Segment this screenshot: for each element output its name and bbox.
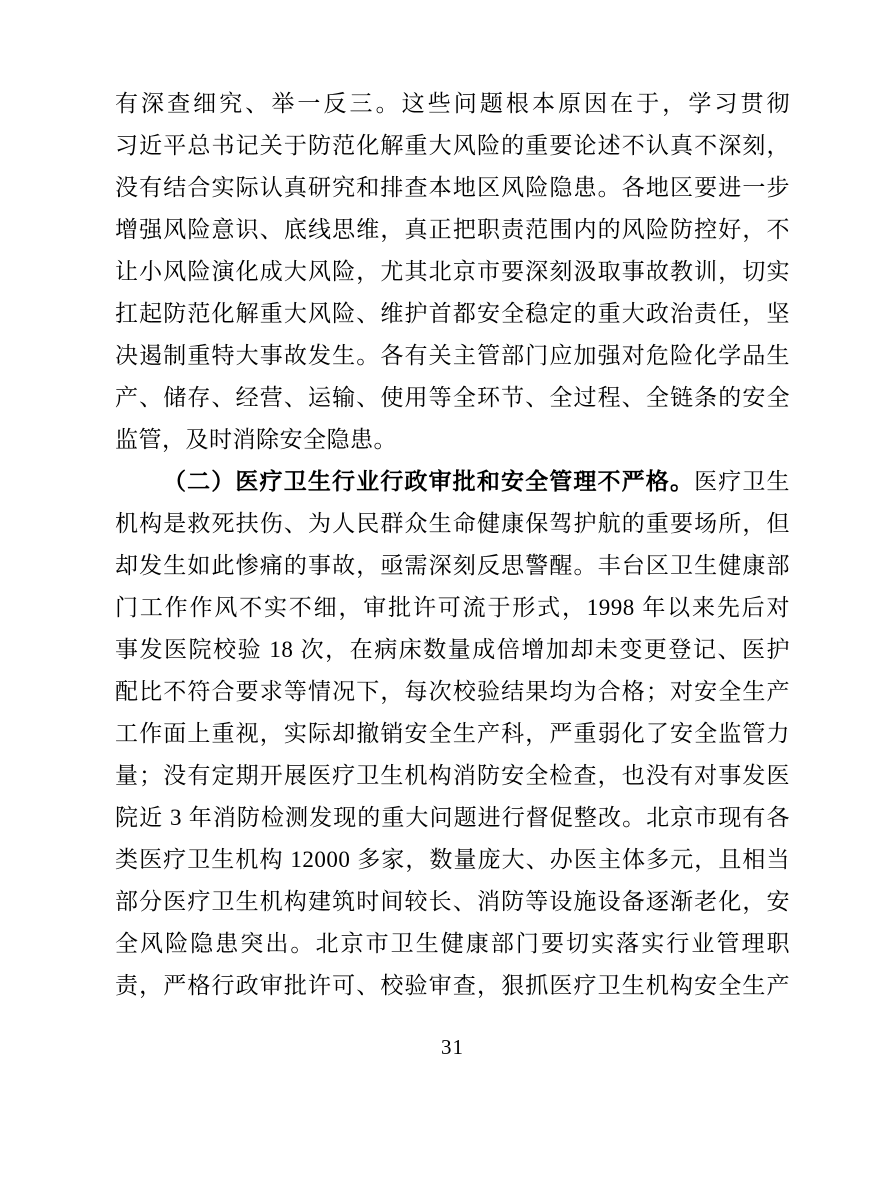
- text-line: 类医疗卫生机构 12000 多家，数量庞大、办医主体多元，且相当: [115, 839, 790, 881]
- text-line: 扛起防范化解重大风险、维护首都安全稳定的重大政治责任，坚: [115, 293, 790, 335]
- text-line: 监管，及时消除安全隐患。: [115, 419, 790, 461]
- section-heading: （二）医疗卫生行业行政审批和安全管理不严格。: [163, 469, 694, 494]
- text-line: 产、储存、经营、运输、使用等全环节、全过程、全链条的安全: [115, 377, 790, 419]
- text-line: 事发医院校验 18 次，在病床数量成倍增加却未变更登记、医护: [115, 629, 790, 671]
- text-content: 有深查细究、举一反三。这些问题根本原因在于，学习贯彻习近平总书记关于防范化解重大…: [115, 83, 790, 1007]
- document-page: 有深查细究、举一反三。这些问题根本原因在于，学习贯彻习近平总书记关于防范化解重大…: [0, 0, 888, 1179]
- page-footer: 31: [115, 1032, 790, 1062]
- text-line: 没有结合实际认真研究和排查本地区风险隐患。各地区要进一步: [115, 167, 790, 209]
- text-line: 决遏制重特大事故发生。各有关主管部门应加强对危险化学品生: [115, 335, 790, 377]
- text-line: 机构是救死扶伤、为人民群众生命健康保驾护航的重要场所，但: [115, 503, 790, 545]
- text-line: 却发生如此惨痛的事故，亟需深刻反思警醒。丰台区卫生健康部: [115, 545, 790, 587]
- text-line: 院近 3 年消防检测发现的重大问题进行督促整改。北京市现有各: [115, 797, 790, 839]
- text-line: 量；没有定期开展医疗卫生机构消防安全检查，也没有对事发医: [115, 755, 790, 797]
- text-line: 习近平总书记关于防范化解重大风险的重要论述不认真不深刻，: [115, 125, 790, 167]
- text-line: 部分医疗卫生机构建筑时间较长、消防等设施设备逐渐老化，安: [115, 881, 790, 923]
- line-text: 医疗卫生: [694, 469, 790, 494]
- text-line: 配比不符合要求等情况下，每次校验结果均为合格；对安全生产: [115, 671, 790, 713]
- text-line: 责，严格行政审批许可、校验审查，狠抓医疗卫生机构安全生产: [115, 965, 790, 1007]
- text-line: 工作面上重视，实际却撤销安全生产科，严重弱化了安全监管力: [115, 713, 790, 755]
- text-line: 让小风险演化成大风险，尤其北京市要深刻汲取事故教训，切实: [115, 251, 790, 293]
- page-number: 31: [441, 1035, 464, 1059]
- text-line: （二）医疗卫生行业行政审批和安全管理不严格。医疗卫生: [115, 461, 790, 503]
- text-line: 全风险隐患突出。北京市卫生健康部门要切实落实行业管理职: [115, 923, 790, 965]
- text-line: 增强风险意识、底线思维，真正把职责范围内的风险防控好，不: [115, 209, 790, 251]
- text-line: 有深查细究、举一反三。这些问题根本原因在于，学习贯彻: [115, 83, 790, 125]
- text-line: 门工作作风不实不细，审批许可流于形式，1998 年以来先后对: [115, 587, 790, 629]
